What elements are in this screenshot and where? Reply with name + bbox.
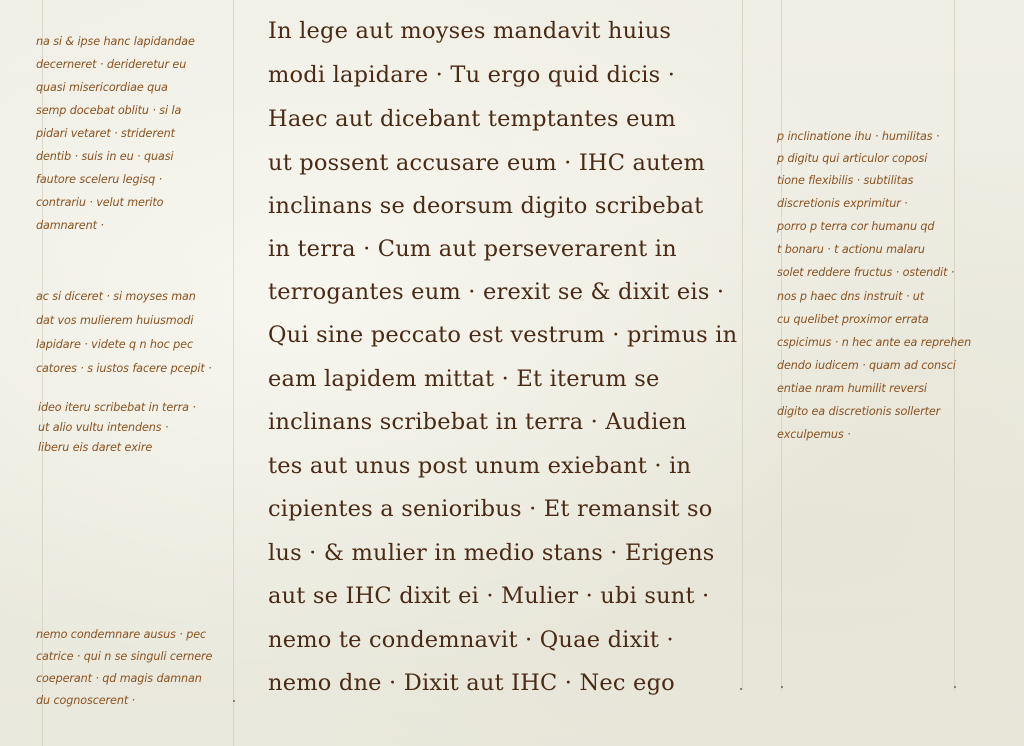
gloss-line: decerneret · derideretur eu	[36, 59, 186, 70]
gloss-line: dat vos mulierem huiusmodi	[36, 315, 193, 326]
gloss-line: damnarent ·	[36, 220, 104, 231]
gloss-line: porro p terra cor humanu qd	[777, 221, 934, 232]
gloss-line: nemo condemnare ausus · pec	[36, 629, 206, 640]
gloss-line: exculpemus ·	[777, 429, 851, 440]
gloss-line: liberu eis daret exire	[38, 442, 152, 453]
main-text-line: lus · & mulier in medio stans · Erigens	[268, 542, 715, 565]
gloss-line: ac si diceret · si moyses man	[36, 291, 196, 302]
main-text-line: terrogantes eum · erexit se & dixit eis …	[268, 281, 724, 304]
gloss-line: quasi misericordiae qua	[36, 82, 168, 93]
gloss-line: dentib · suis in eu · quasi	[36, 151, 173, 162]
gloss-line: p digitu qui articulor coposi	[777, 153, 927, 164]
main-text-line: cipientes a senioribus · Et remansit so	[268, 498, 713, 521]
main-text-line: tes aut unus post unum exiebant · in	[268, 455, 691, 478]
gloss-line: nos p haec dns instruit · ut	[777, 291, 924, 302]
gloss-line: semp docebat oblitu · si la	[36, 105, 181, 116]
gloss-line: catores · s iustos facere pcepit ·	[36, 363, 212, 374]
main-text-line: nemo dne · Dixit aut IHC · Nec ego	[268, 672, 675, 695]
gloss-line: dendo iudicem · quam ad consci	[777, 360, 956, 371]
main-text-line: in terra · Cum aut perseverarent in	[268, 238, 677, 261]
gloss-line: discretionis exprimitur ·	[777, 198, 908, 209]
gloss-line: tione flexibilis · subtilitas	[777, 175, 913, 186]
pricking-mark	[954, 686, 956, 688]
gloss-line: coeperant · qd magis damnan	[36, 673, 202, 684]
main-text-line: In lege aut moyses mandavit huius	[268, 20, 671, 43]
ruling-line-left-gloss-right	[233, 0, 234, 746]
main-text-line: ut possent accusare eum · IHC autem	[268, 152, 705, 175]
main-text-line: Qui sine peccato est vestrum · primus in	[268, 324, 737, 347]
main-text-line: modi lapidare · Tu ergo quid dicis ·	[268, 64, 675, 87]
gloss-line: ideo iteru scribebat in terra ·	[38, 402, 196, 413]
main-text-line: nemo te condemnavit · Quae dixit ·	[268, 629, 674, 652]
gloss-line: lapidare · videte q n hoc pec	[36, 339, 193, 350]
main-text-line: eam lapidem mittat · Et iterum se	[268, 368, 660, 391]
pricking-mark	[740, 688, 742, 690]
gloss-line: catrice · qui n se singuli cernere	[36, 651, 212, 662]
gloss-line: entiae nram humilit reversi	[777, 383, 927, 394]
gloss-line: contrariu · velut merito	[36, 197, 163, 208]
gloss-line: digito ea discretionis sollerter	[777, 406, 940, 417]
gloss-line: du cognoscerent ·	[36, 695, 135, 706]
gloss-line: t bonaru · t actionu malaru	[777, 244, 925, 255]
gloss-line: solet reddere fructus · ostendit ·	[777, 267, 954, 278]
manuscript-page: In lege aut moyses mandavit huius modi l…	[0, 0, 1024, 746]
main-text-line: inclinans se deorsum digito scribebat	[268, 195, 703, 218]
gloss-line: pidari vetaret · striderent	[36, 128, 175, 139]
main-text-line: Haec aut dicebant temptantes eum	[268, 108, 676, 131]
gloss-line: cu quelibet proximor errata	[777, 314, 929, 325]
pricking-mark	[781, 686, 783, 688]
gloss-line: p inclinatione ihu · humilitas ·	[777, 131, 939, 142]
main-text-line: aut se IHC dixit ei · Mulier · ubi sunt …	[268, 585, 709, 608]
ruling-line-main-right	[742, 0, 743, 690]
pricking-mark	[233, 700, 235, 702]
gloss-line: cspicimus · n hec ante ea reprehen	[777, 337, 971, 348]
main-text-line: inclinans scribebat in terra · Audien	[268, 411, 687, 434]
gloss-line: fautore sceleru legisq ·	[36, 174, 162, 185]
gloss-line: ut alio vultu intendens ·	[38, 422, 168, 433]
gloss-line: na si & ipse hanc lapidandae	[36, 36, 195, 47]
